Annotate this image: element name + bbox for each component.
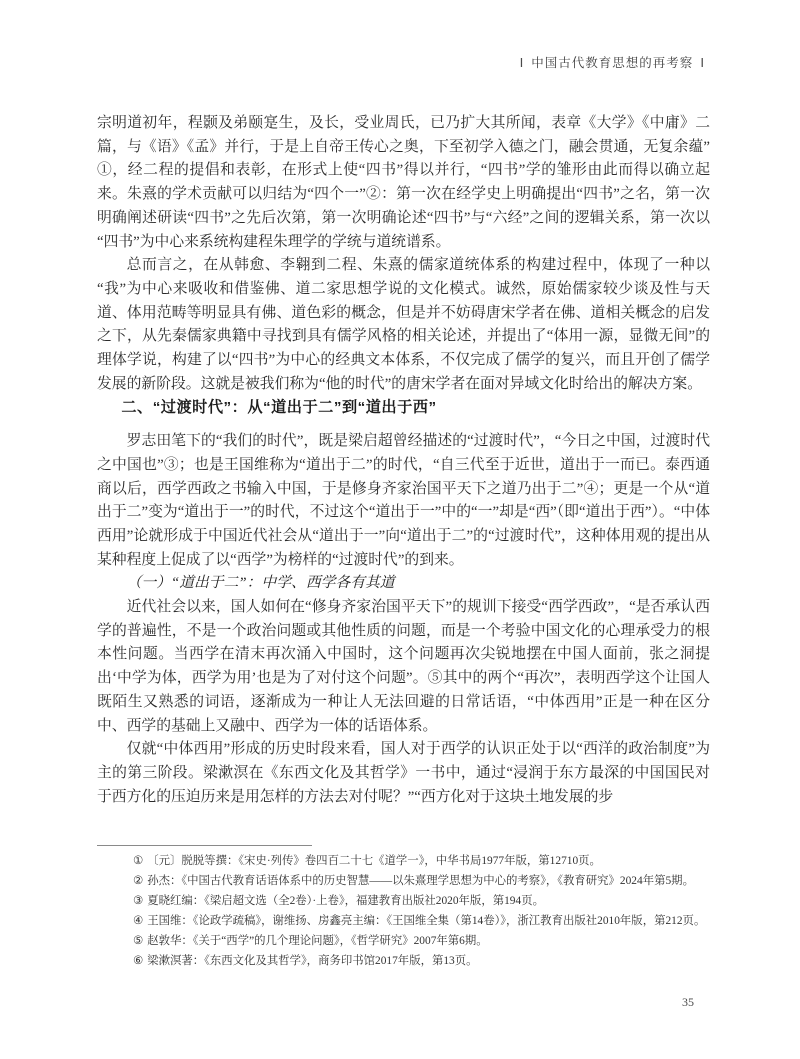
page-number: 35 xyxy=(676,995,700,1010)
paragraph: 总而言之，在从韩愈、李翱到二程、朱熹的儒家道统体系的构建过程中，体现了一种以“我… xyxy=(97,254,710,396)
footnotes: ①〔元〕脱脱等撰：《宋史·列传》卷四百二十七《道学一》，中华书局1977年版，第… xyxy=(133,851,725,971)
footnote-marker: ② xyxy=(133,875,143,887)
footnote-text: 孙杰：《中国古代教育话语体系中的历史智慧——以朱熹理学思想为中心的考察》，《教育… xyxy=(147,875,694,887)
paragraph: 罗志田笔下的“我们的时代”，既是梁启超曾经描述的“过渡时代”，“今日之中国，过渡… xyxy=(97,430,710,572)
footnote-text: 〔元〕脱脱等撰：《宋史·列传》卷四百二十七《道学一》，中华书局1977年版，第1… xyxy=(147,855,601,867)
paragraph: 宗明道初年，程颢及弟颐寔生，及长，受业周氏，已乃扩大其所闻，表章《大学》《中庸》… xyxy=(97,112,710,254)
footnote-text: 赵敦华：《关于“西学”的几个理论问题》，《哲学研究》2007年第6期。 xyxy=(147,935,487,947)
section-heading: 二、“过渡时代”：从“道出于二”到“道出于西” xyxy=(97,396,710,420)
footnote-item: ④王国维：《论政学疏稿》，谢维扬、房鑫亮主编：《王国维全集（第14卷）》，浙江教… xyxy=(133,911,725,931)
footnote-text: 夏晓红编：《梁启超文选（全2卷）·上卷》，福建教育出版社2020年版，第194页… xyxy=(147,895,544,907)
journal-page: Ⅰ中国古代教育思想的再考察Ⅰ 宗明道初年，程颢及弟颐寔生，及长，受业周氏，已乃扩… xyxy=(0,0,800,1059)
article-body: 宗明道初年，程颢及弟颐寔生，及长，受业周氏，已乃扩大其所闻，表章《大学》《中庸》… xyxy=(97,112,710,809)
header-left-bar: Ⅰ xyxy=(520,56,525,70)
footnote-marker: ① xyxy=(133,855,143,867)
paragraph: 仅就“中体西用”形成的历史时段来看，国人对于西学的认识正处于以“西洋的政治制度”… xyxy=(97,738,710,809)
footnote-marker: ③ xyxy=(133,895,143,907)
footnote-item: ⑥梁漱溟著：《东西文化及其哲学》，商务印书馆2017年版，第13页。 xyxy=(133,951,725,971)
footnote-marker: ⑥ xyxy=(133,955,143,967)
footnote-text: 梁漱溟著：《东西文化及其哲学》，商务印书馆2017年版，第13页。 xyxy=(147,955,477,967)
footnote-marker: ⑤ xyxy=(133,935,143,947)
footnote-item: ②孙杰：《中国古代教育话语体系中的历史智慧——以朱熹理学思想为中心的考察》，《教… xyxy=(133,871,725,891)
header-right-bar: Ⅰ xyxy=(700,56,705,70)
footnote-item: ③夏晓红编：《梁启超文选（全2卷）·上卷》，福建教育出版社2020年版，第194… xyxy=(133,891,725,911)
running-header-title: 中国古代教育思想的再考察 xyxy=(531,56,693,70)
footnote-marker: ④ xyxy=(133,915,143,927)
running-header: Ⅰ中国古代教育思想的再考察Ⅰ xyxy=(513,53,712,71)
footnote-item: ①〔元〕脱脱等撰：《宋史·列传》卷四百二十七《道学一》，中华书局1977年版，第… xyxy=(133,851,725,871)
footnote-text: 王国维：《论政学疏稿》，谢维扬、房鑫亮主编：《王国维全集（第14卷）》，浙江教育… xyxy=(147,915,705,927)
footnote-divider xyxy=(97,845,312,846)
footnote-item: ⑤赵敦华：《关于“西学”的几个理论问题》，《哲学研究》2007年第6期。 xyxy=(133,931,725,951)
subsection-heading: （一）“道出于二”：中学、西学各有其道 xyxy=(97,572,710,596)
paragraph: 近代社会以来，国人如何在“修身齐家治国平天下”的规训下接受“西学西政”，“是否承… xyxy=(97,596,710,738)
